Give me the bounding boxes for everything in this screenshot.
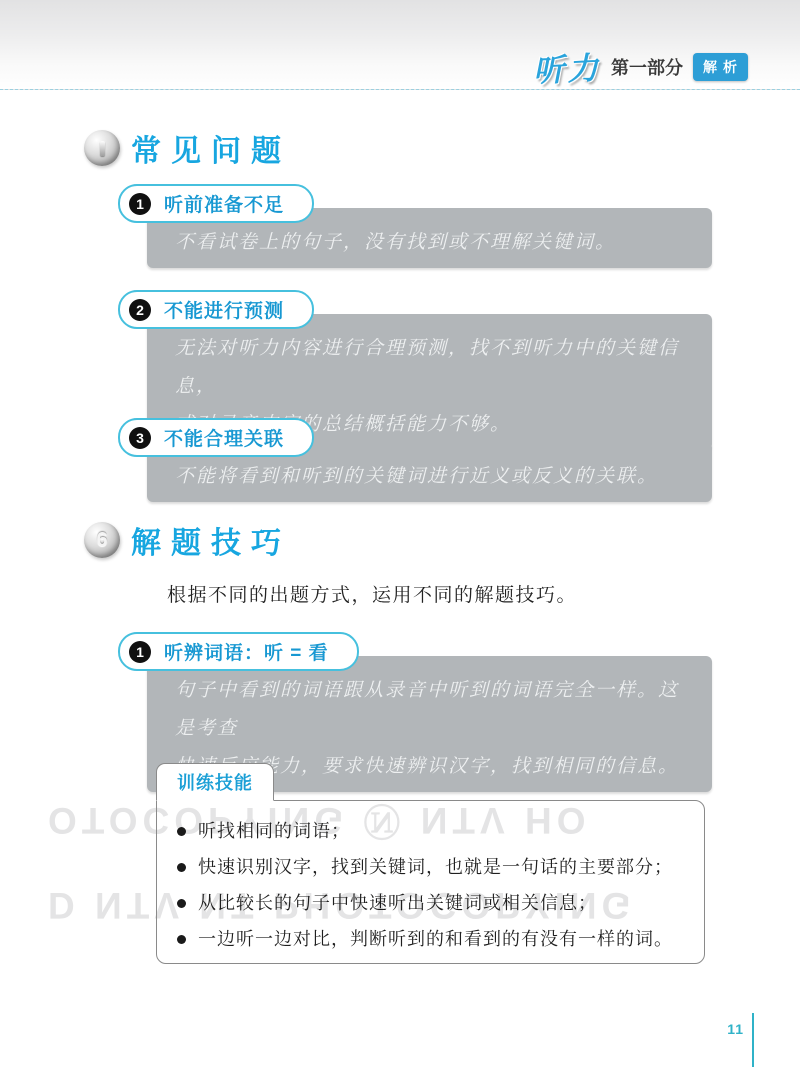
number-badge: 1 [129, 193, 151, 215]
listening-logo: 听力 [532, 42, 602, 90]
section-title: 解题技巧 [131, 518, 291, 562]
description-line: 无法对听力内容进行合理预测，找不到听力中的关键信息， [175, 330, 694, 406]
section-title: 常见问题 [131, 126, 291, 170]
section-solving-techniques: 6 解题技巧 [84, 518, 291, 562]
description-line: 不看试卷上的句子，没有找到或不理解关键词。 [175, 224, 694, 262]
skill-bullet: 一边听一边对比，判断听到的和看到的有没有一样的词。 [177, 921, 688, 957]
clock-sphere-icon [84, 130, 120, 166]
book-page: 听力 第一部分 解析 OTOCOPYING Ⓝ NTV HO D NTV NT … [0, 0, 800, 1067]
analysis-badge: 解析 [693, 53, 748, 81]
number-badge: 1 [129, 641, 151, 663]
number-badge: 2 [129, 299, 151, 321]
section-intro-text: 根据不同的出题方式，运用不同的解题技巧。 [167, 580, 577, 607]
problem-pill: 3 不能合理关联 [118, 418, 314, 457]
description-line: 句子中看到的词语跟从录音中听到的词语完全一样。这是考查 [175, 672, 694, 748]
technique-label: 听辨词语：听 = 看 [164, 638, 329, 665]
technique-pill: 1 听辨词语：听 = 看 [118, 632, 359, 671]
skills-tab: 训练技能 [156, 763, 274, 801]
skill-bullet: 快速识别汉字，找到关键词，也就是一句话的主要部分； [177, 849, 688, 885]
problem-pill: 1 听前准备不足 [118, 184, 314, 223]
skill-bullet: 听找相同的词语； [177, 813, 688, 849]
problem-label: 听前准备不足 [164, 190, 284, 217]
training-skills-box: 训练技能 听找相同的词语； 快速识别汉字，找到关键词，也就是一句话的主要部分； … [156, 763, 705, 964]
bullet-dot-icon [177, 935, 186, 944]
page-number: 11 [727, 1021, 744, 1037]
skill-bullet: 从比较长的句子中快速听出关键词或相关信息； [177, 885, 688, 921]
part-label: 第一部分 [611, 54, 683, 80]
problem-label: 不能进行预测 [164, 296, 284, 323]
bullet-dot-icon [177, 899, 186, 908]
running-header: 听力 第一部分 解析 [533, 44, 748, 89]
bullet-dot-icon [177, 827, 186, 836]
number-badge: 3 [129, 427, 151, 449]
skill-text: 一边听一边对比，判断听到的和看到的有没有一样的词。 [198, 921, 673, 957]
problem-item-1: 1 听前准备不足 不看试卷上的句子，没有找到或不理解关键词。 [118, 184, 712, 268]
six-sphere-icon: 6 [84, 522, 120, 558]
footer-rule [752, 1013, 754, 1067]
page-header-band: 听力 第一部分 解析 [0, 0, 800, 90]
problem-item-3: 3 不能合理关联 不能将看到和听到的关键词进行近义或反义的关联。 [118, 418, 712, 502]
section-common-problems: 常见问题 [84, 126, 291, 170]
description-line: 不能将看到和听到的关键词进行近义或反义的关联。 [175, 458, 694, 496]
skills-body: 听找相同的词语； 快速识别汉字，找到关键词，也就是一句话的主要部分； 从比较长的… [156, 800, 705, 964]
skill-text: 从比较长的句子中快速听出关键词或相关信息； [198, 885, 597, 921]
problem-label: 不能合理关联 [164, 424, 284, 451]
skills-tab-label: 训练技能 [177, 773, 253, 793]
skill-text: 听找相同的词语； [198, 813, 350, 849]
problem-pill: 2 不能进行预测 [118, 290, 314, 329]
skill-text: 快速识别汉字，找到关键词，也就是一句话的主要部分； [198, 849, 673, 885]
bullet-dot-icon [177, 863, 186, 872]
